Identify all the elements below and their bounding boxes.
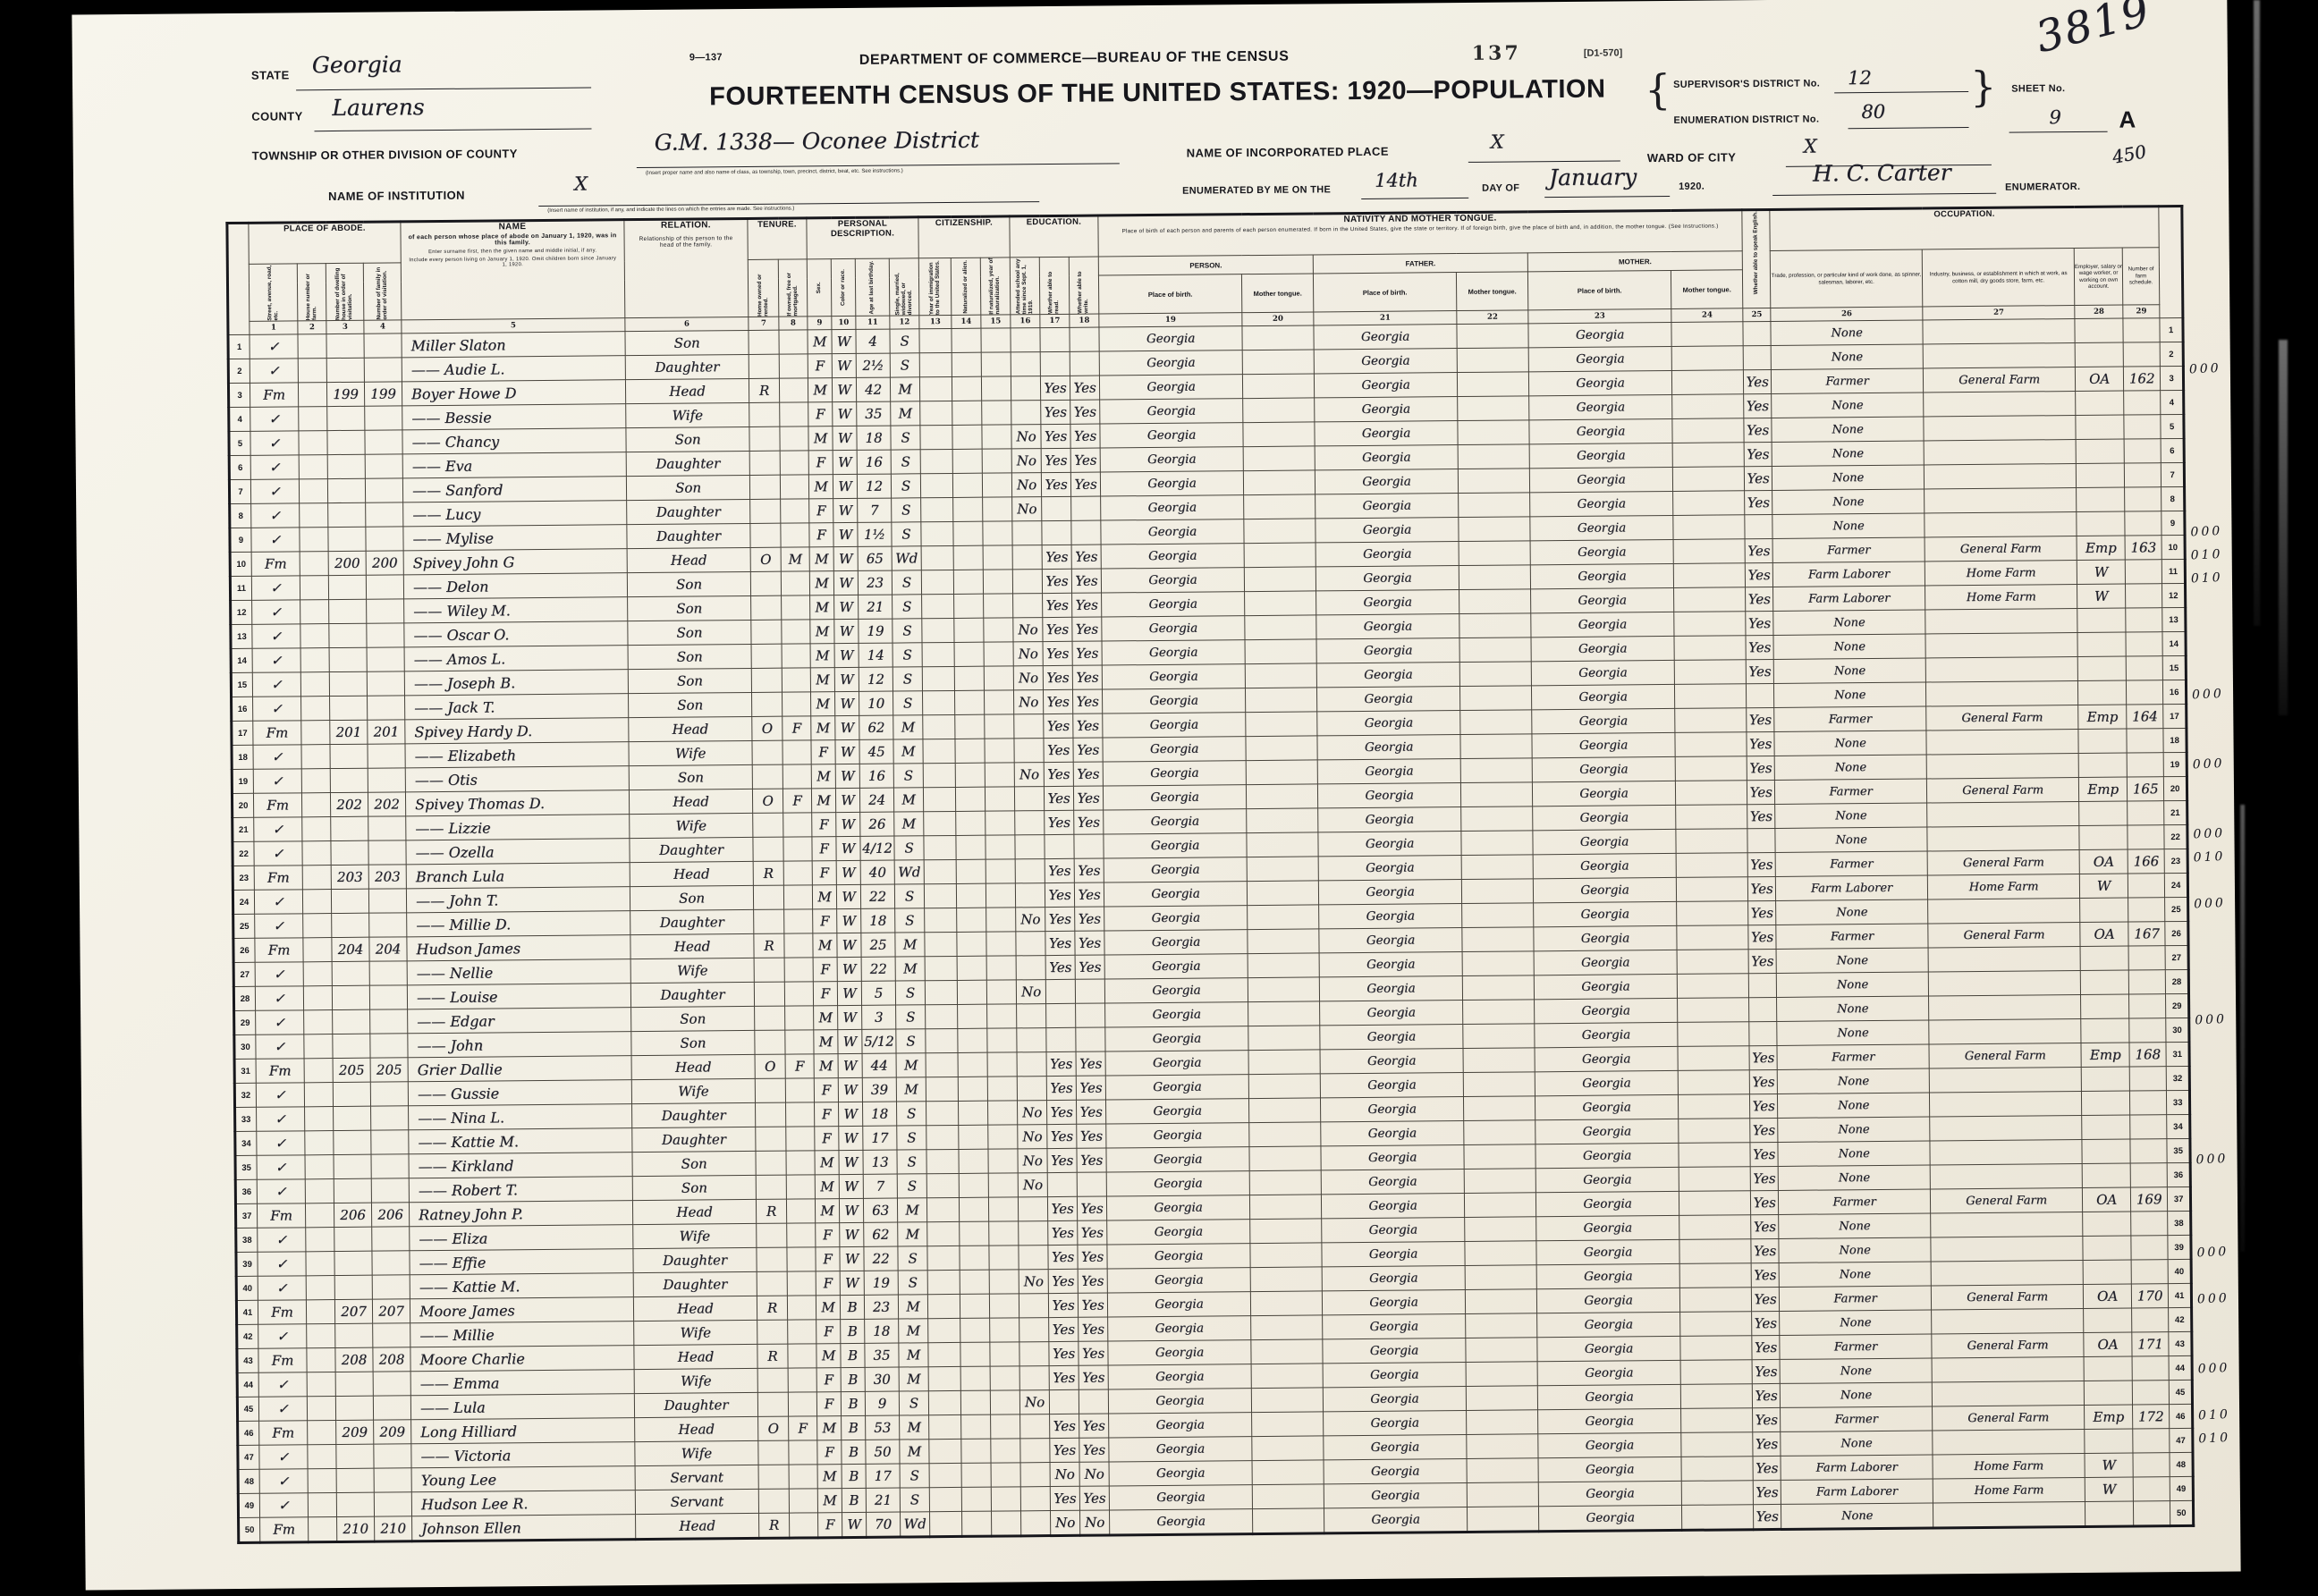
handwritten-entry: Georgia <box>1369 1295 1418 1309</box>
cell-nyr <box>990 1318 1019 1342</box>
handwritten-entry: W <box>837 358 851 374</box>
cell-ten: O <box>752 789 783 813</box>
cell-fa <box>368 840 406 865</box>
cell-imy <box>922 618 954 642</box>
cell-mtp <box>1242 325 1314 350</box>
handwritten-entry: F <box>823 1275 833 1291</box>
cell-occ: None <box>1773 634 1925 659</box>
handwritten-entry: Yes <box>1075 549 1097 565</box>
cell-ind <box>1924 440 2076 465</box>
handwritten-entry: M <box>907 1371 921 1387</box>
cell-rel: Head <box>632 1199 756 1224</box>
handwritten-entry: Yes <box>1753 1098 1775 1114</box>
line-number-left: 38 <box>236 1228 258 1252</box>
cell-fno <box>2128 825 2164 849</box>
county-value: Laurens <box>332 94 425 121</box>
cell-imy <box>926 1052 958 1077</box>
handwritten-entry: 170 <box>2137 1288 2163 1304</box>
handwritten-entry: Yes <box>1754 1291 1776 1307</box>
handwritten-entry: F <box>816 454 825 470</box>
handwritten-entry: Yes <box>1075 573 1097 589</box>
cell-col: W <box>837 933 861 957</box>
handwritten-entry: Farmer <box>1829 785 1872 798</box>
cell-sex: M <box>814 1054 838 1078</box>
cell-sex: F <box>816 1392 841 1416</box>
cell-pb: Georgia <box>1104 978 1248 1003</box>
cell-sex: F <box>811 740 835 764</box>
cell-nyr <box>991 1439 1020 1463</box>
cell-dw <box>336 1468 374 1492</box>
handwritten-entry: Head <box>673 793 709 809</box>
handwritten-entry: OA <box>2094 854 2114 870</box>
cell-fb: Georgia <box>1317 783 1460 808</box>
cell-cls <box>2085 1429 2133 1453</box>
cell-mar: M <box>891 401 920 426</box>
cell-col: W <box>837 957 861 981</box>
handwritten-entry: Georgia <box>1577 448 1626 462</box>
cell-ten: R <box>757 1344 788 1368</box>
cell-pb: Georgia <box>1105 1075 1248 1100</box>
handwritten-entry: Georgia <box>1366 812 1415 826</box>
handwritten-entry: Yes <box>1747 470 1769 486</box>
cell-mb: Georgia <box>1528 322 1671 347</box>
supervisor-district-value: 12 <box>1848 67 1872 89</box>
cell-fb: Georgia <box>1323 1314 1466 1339</box>
handwritten-entry: None <box>1840 1364 1872 1378</box>
cell-occ: None <box>1778 1141 1930 1166</box>
cell-mtf <box>1459 662 1531 687</box>
cell-pb: Georgia <box>1108 1340 1251 1365</box>
cell-age: 62 <box>859 715 893 739</box>
cell-mtp <box>1245 615 1316 640</box>
column-number: 11 <box>856 316 890 329</box>
handwritten-entry: Fm <box>272 1352 294 1368</box>
incorporated-place-label: NAME OF INCORPORATED PLACE <box>1187 145 1389 160</box>
line-number-left: 14 <box>231 648 252 672</box>
handwritten-entry: ✓ <box>272 773 283 790</box>
handwritten-entry: ✓ <box>275 1087 286 1103</box>
handwritten-entry: Yes <box>1074 428 1096 444</box>
handwritten-entry: Yes <box>1047 766 1070 782</box>
line-number-right: 14 <box>2162 631 2186 655</box>
handwritten-entry: Wife <box>681 1445 713 1461</box>
handwritten-entry: 166 <box>2133 853 2159 869</box>
cell-fb: Georgia <box>1324 1411 1467 1436</box>
cell-rel: Head <box>634 1344 757 1369</box>
cell-imy <box>927 1294 960 1318</box>
handwritten-entry: M <box>906 1298 920 1314</box>
cell-occ: None <box>1780 1382 1932 1407</box>
cell-ind: General Farm <box>1932 1332 2084 1357</box>
cell-mar: M <box>893 739 923 764</box>
cell-sch <box>1017 1052 1046 1077</box>
cell-age: 9 <box>865 1391 899 1415</box>
cell-age: 40 <box>860 860 894 884</box>
cell-col: W <box>836 860 860 884</box>
cell-sex: F <box>816 1247 840 1271</box>
cell-mb: Georgia <box>1534 950 1677 975</box>
margin-tally: 000 <box>2197 1361 2229 1377</box>
handwritten-entry: Wife <box>675 745 706 761</box>
cell-fno <box>2129 994 2166 1018</box>
cell-dw <box>327 430 365 454</box>
cell-pb: Georgia <box>1108 1364 1251 1389</box>
cell-rd: Yes <box>1041 448 1070 472</box>
cell-imy <box>920 449 952 473</box>
cell-mar: S <box>898 1246 927 1271</box>
cell-fb: Georgia <box>1314 373 1457 398</box>
cell-col: W <box>839 1126 863 1150</box>
line-number-left: 41 <box>236 1300 258 1324</box>
cell-pb: Georgia <box>1107 1268 1250 1293</box>
industry-col-header: Industry, business, or establishment in … <box>1922 249 2075 307</box>
cell-mtp <box>1251 1315 1323 1340</box>
cell-nyr <box>991 1487 1020 1511</box>
cell-nyr <box>983 545 1012 570</box>
cell-occ: None <box>1776 972 1928 997</box>
cell-occ: None <box>1777 996 1929 1021</box>
handwritten-entry: W <box>843 1082 858 1098</box>
cell-occ: None <box>1771 320 1923 345</box>
handwritten-entry: None <box>1832 519 1864 533</box>
cell-mtg <box>783 813 812 837</box>
cell-mtm <box>1673 491 1745 516</box>
line-number-left: 43 <box>237 1348 258 1372</box>
cell-nyr <box>982 473 1011 497</box>
cell-nat <box>957 908 986 932</box>
cell-wr: Yes <box>1072 617 1102 641</box>
handwritten-entry: Georgia <box>1581 955 1630 969</box>
cell-imy <box>919 376 952 401</box>
handwritten-entry: W <box>842 816 856 832</box>
cell-mtf <box>1465 1241 1536 1266</box>
handwritten-entry: None <box>1837 1026 1868 1040</box>
cell-nyr <box>988 1173 1018 1197</box>
handwritten-entry: 53 <box>874 1420 891 1436</box>
cell-mtm <box>1672 443 1744 468</box>
handwritten-entry: W <box>2102 1482 2117 1498</box>
cell-st: ✓ <box>255 986 303 1010</box>
handwritten-entry: Ratney John P. <box>419 1205 523 1223</box>
line-number-right: 20 <box>2164 776 2187 800</box>
cell-wr: Yes <box>1077 1124 1106 1148</box>
handwritten-entry: Wife <box>680 1228 711 1244</box>
cell-sch <box>1017 1004 1046 1028</box>
handwritten-entry: M <box>816 671 830 688</box>
cell-rel: Son <box>632 1175 756 1200</box>
cell-rd: Yes <box>1044 786 1073 810</box>
handwritten-entry: None <box>1831 326 1862 340</box>
cell-dw <box>333 1009 370 1034</box>
handwritten-entry: 22 <box>870 961 887 977</box>
cell-sex: M <box>816 1344 841 1368</box>
cell-occ: Farmer <box>1772 537 1925 562</box>
handwritten-entry: Georgia <box>1578 617 1628 631</box>
handwritten-entry: Yes <box>1750 808 1772 824</box>
cell-imy <box>922 642 954 666</box>
handwritten-entry: Georgia <box>1154 1153 1203 1167</box>
cell-mtf <box>1459 613 1531 638</box>
cell-sex: M <box>817 1465 842 1489</box>
cell-st: ✓ <box>253 745 301 769</box>
cell-mtg <box>784 982 813 1006</box>
cell-occ: Farmer <box>1774 706 1926 731</box>
cell-cls <box>2083 1236 2131 1260</box>
handwritten-entry: Georgia <box>1585 1341 1634 1355</box>
cell-occ: None <box>1780 1310 1932 1335</box>
handwritten-entry: Georgia <box>1147 477 1197 491</box>
cell-mtf <box>1462 975 1534 1001</box>
cell-col: W <box>833 546 858 570</box>
handwritten-entry: Farmer <box>1825 375 1868 388</box>
cell-sch <box>1019 1246 1048 1270</box>
handwritten-entry: 70 <box>875 1516 892 1533</box>
cell-mtp <box>1245 591 1316 616</box>
cell-mtg: F <box>783 716 811 740</box>
handwritten-entry: Head <box>679 1517 715 1533</box>
cell-mtp <box>1252 1460 1324 1485</box>
cell-dw: 200 <box>328 551 366 575</box>
cell-nyr <box>987 1052 1017 1077</box>
cell-nyr <box>987 1028 1017 1052</box>
cell-fa <box>368 696 405 720</box>
margin-tally: 000 <box>2193 826 2225 842</box>
cell-rd: Yes <box>1041 472 1070 496</box>
handwritten-entry: Yes <box>1078 863 1100 879</box>
cell-nat <box>961 1463 991 1487</box>
cell-fno <box>2126 608 2162 632</box>
handwritten-entry: 206 <box>340 1207 366 1223</box>
handwritten-entry: No <box>1019 694 1038 710</box>
handwritten-entry: Georgia <box>1580 858 1629 873</box>
handwritten-entry: Son <box>675 479 701 495</box>
cell-sex: F <box>813 982 837 1006</box>
handwritten-entry: M <box>903 960 918 976</box>
handwritten-entry: 4 <box>868 334 877 350</box>
handwritten-entry: —— Mylise <box>412 529 494 547</box>
cell-eng: Yes <box>1746 635 1773 659</box>
cell-fa: 202 <box>368 792 405 816</box>
cell-wr: Yes <box>1074 810 1104 834</box>
cell-rd: Yes <box>1048 1220 1078 1245</box>
cell-mb: Georgia <box>1529 467 1672 492</box>
line-number-left: 18 <box>232 745 253 769</box>
handwritten-entry: F <box>824 1372 833 1388</box>
cell-mb: Georgia <box>1530 515 1673 540</box>
handwritten-entry: W <box>842 937 857 953</box>
cell-st: ✓ <box>255 962 303 986</box>
cell-rd: Yes <box>1040 376 1070 400</box>
cell-ten <box>757 1320 788 1344</box>
handwritten-entry: W <box>839 575 853 591</box>
cell-nyr <box>985 714 1014 739</box>
cell-mb: Georgia <box>1531 587 1674 612</box>
handwritten-entry: Georgia <box>1364 691 1413 705</box>
cell-imy <box>921 521 953 545</box>
mother-pob-header: Place of birth. <box>1527 270 1671 309</box>
cell-ind <box>1928 970 2080 995</box>
cell-fno <box>2131 1236 2168 1260</box>
line-number-left: 13 <box>231 624 252 648</box>
handwritten-entry: No <box>1019 646 1038 662</box>
cell-age: 5 <box>861 981 895 1005</box>
cell-col: W <box>842 1512 867 1537</box>
cell-fb: Georgia <box>1321 1097 1464 1122</box>
cell-sex: M <box>814 1030 838 1054</box>
cell-eng: Yes <box>1747 852 1775 876</box>
cell-fa <box>374 1492 411 1516</box>
cell-mtp <box>1249 1195 1321 1220</box>
cell-rd: Yes <box>1047 1124 1077 1148</box>
cell-ten <box>757 1223 787 1247</box>
handwritten-entry: B <box>849 1468 859 1484</box>
father-group-header: FATHER. <box>1313 253 1527 274</box>
cell-col: W <box>833 401 857 426</box>
cell-sex: M <box>808 378 832 402</box>
cell-sch <box>1017 1028 1046 1052</box>
handwritten-entry: Georgia <box>1368 1198 1417 1212</box>
cell-ten <box>749 451 780 475</box>
cell-dw <box>335 1396 373 1420</box>
cell-eng: Yes <box>1750 1118 1778 1142</box>
cell-wr: Yes <box>1070 376 1099 400</box>
line-number-right: 36 <box>2167 1162 2190 1186</box>
cell-rel: Head <box>625 378 749 403</box>
handwritten-entry: M <box>903 936 918 952</box>
handwritten-entry: Yes <box>1076 597 1098 613</box>
handwritten-entry: Emp <box>2087 781 2119 798</box>
cell-imy <box>929 1487 961 1511</box>
handwritten-entry: Yes <box>1047 718 1070 734</box>
handwritten-entry: Yes <box>1756 1508 1779 1524</box>
cell-mb: Georgia <box>1535 1094 1679 1119</box>
state-label: STATE <box>251 68 290 81</box>
handwritten-entry: Johnson Ellen <box>421 1519 521 1537</box>
handwritten-entry: 42 <box>865 382 882 398</box>
cell-occ: None <box>1776 899 1928 925</box>
cell-fa <box>365 430 402 454</box>
handwritten-entry: Yes <box>1045 404 1067 420</box>
handwritten-entry: Georgia <box>1585 1389 1634 1404</box>
handwritten-entry: Head <box>676 1203 713 1220</box>
cell-mtm <box>1677 974 1748 999</box>
handwritten-entry: F <box>822 1130 832 1146</box>
handwritten-entry: M <box>816 647 830 663</box>
cell-age: 21 <box>866 1488 900 1512</box>
handwritten-entry: Georgia <box>1148 597 1197 612</box>
handwritten-entry: Yes <box>1747 446 1769 462</box>
district-brace-close: } <box>1970 63 1997 111</box>
handwritten-entry: ✓ <box>271 701 283 717</box>
handwritten-entry: Georgia <box>1153 1032 1202 1046</box>
cell-mtg <box>786 1127 815 1151</box>
cell-fno <box>2133 1477 2170 1501</box>
cell-rd: Yes <box>1044 738 1073 762</box>
handwritten-entry: 205 <box>376 1061 402 1077</box>
cell-cls <box>2084 1308 2132 1332</box>
handwritten-entry: Georgia <box>1147 404 1197 418</box>
column-number: 27 <box>1923 306 2075 320</box>
cell-ind: Home Farm <box>1927 874 2079 899</box>
margin-tally: 000 <box>2195 1152 2228 1168</box>
cell-fa <box>371 1178 409 1203</box>
cell-imy <box>920 425 952 449</box>
cell-sch: No <box>1013 618 1043 642</box>
handwritten-entry: Son <box>681 1179 707 1195</box>
handwritten-entry: S <box>907 1129 916 1145</box>
handwritten-entry: General Farm <box>1967 1338 2049 1353</box>
handwritten-entry: Yes <box>1079 1104 1102 1120</box>
cell-mar: M <box>896 1053 926 1077</box>
cell-pb: Georgia <box>1105 1026 1248 1051</box>
cell-mar: S <box>896 1005 926 1029</box>
cell-imy <box>926 1028 958 1052</box>
cell-mtf <box>1461 879 1533 904</box>
handwritten-entry: 210 <box>380 1520 406 1536</box>
cell-fno <box>2128 970 2165 994</box>
handwritten-entry: None <box>1835 761 1866 774</box>
cell-rd: Yes <box>1043 617 1072 641</box>
cell-cls <box>2077 487 2125 511</box>
handwritten-entry: M <box>904 1081 918 1097</box>
cell-sch <box>1020 1439 1050 1463</box>
cell-sex: M <box>817 1489 842 1513</box>
cell-pb: Georgia <box>1105 1051 1248 1076</box>
handwritten-entry: Miller Slaton <box>411 336 506 354</box>
cell-rd <box>1046 1027 1076 1051</box>
handwritten-entry: Yes <box>1749 784 1772 800</box>
handwritten-entry: M <box>815 551 829 567</box>
cell-sch <box>1011 352 1040 376</box>
column-number: 15 <box>981 315 1011 328</box>
handwritten-entry: OA <box>2094 926 2114 942</box>
cell-mar: S <box>891 426 920 450</box>
margin-tally: 000 <box>2189 361 2221 377</box>
handwritten-entry: M <box>817 889 832 905</box>
cell-imy <box>926 1125 959 1149</box>
handwritten-entry: F <box>819 840 829 857</box>
handwritten-entry: S <box>901 477 910 494</box>
handwritten-entry: OA <box>2097 1288 2118 1305</box>
stamp-number: 137 <box>1472 41 1521 64</box>
handwritten-entry: Emp <box>2090 1047 2121 1063</box>
cell-sex: F <box>814 1078 838 1102</box>
handwritten-entry: R <box>766 1203 776 1220</box>
cell-sex: F <box>816 1271 840 1296</box>
handwritten-entry: Fm <box>266 797 289 813</box>
cell-mtg <box>787 1247 816 1271</box>
line-number-right: 10 <box>2161 535 2185 559</box>
cell-mtm <box>1678 1046 1749 1071</box>
cell-mar: Wd <box>894 860 924 884</box>
handwritten-entry: Yes <box>1045 452 1067 469</box>
cell-name: Grier Dallie <box>408 1056 631 1082</box>
cell-mb: Georgia <box>1535 1167 1679 1192</box>
handwritten-entry: Georgia <box>1148 549 1197 563</box>
cell-ten <box>754 909 784 933</box>
cell-name: —— Delon <box>403 573 627 599</box>
cell-fb: Georgia <box>1316 614 1459 639</box>
line-number-left: 5 <box>229 431 250 455</box>
relation-title: RELATION. <box>624 220 747 231</box>
cell-st: ✓ <box>256 1034 304 1059</box>
cell-dw: 201 <box>330 720 368 744</box>
cell-mtp <box>1248 929 1319 954</box>
cell-nyr <box>982 401 1011 425</box>
handwritten-entry: S <box>902 598 911 614</box>
cell-dw <box>332 961 369 985</box>
cell-name: Johnson Ellen <box>412 1515 636 1541</box>
